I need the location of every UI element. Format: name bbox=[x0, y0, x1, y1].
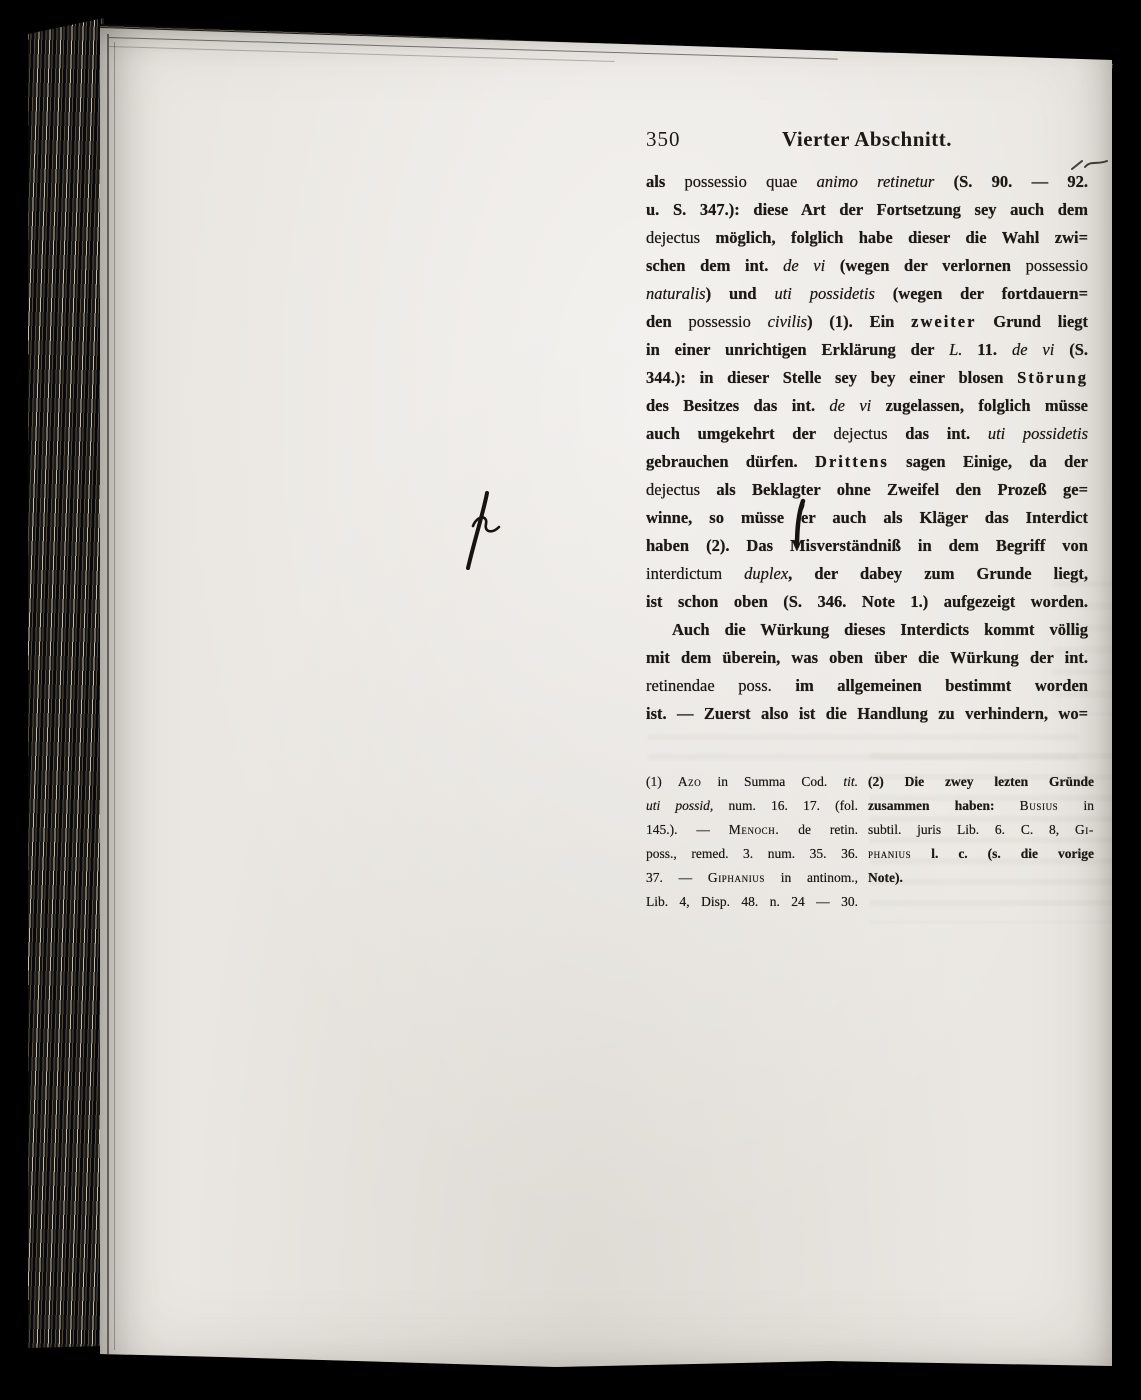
text-line: haben (2). Das Misverständniß in dem Beg… bbox=[646, 532, 1088, 560]
text-line: in einer unrichtigen Erklärung der L. 11… bbox=[646, 336, 1088, 364]
text-line: subtil. juris Lib. 6. C. 8, Gi- bbox=[868, 818, 1094, 842]
page-number: 350 bbox=[646, 124, 681, 154]
handwritten-margin-mark-icon bbox=[458, 490, 502, 574]
text-line: poss., remed. 3. num. 35. 36. bbox=[646, 842, 858, 866]
text-line: 344.): in dieser Stelle sey bey einer bl… bbox=[646, 364, 1088, 392]
text-line: ist. — Zuerst also ist die Handlung zu v… bbox=[646, 700, 1088, 728]
text-line: dejectus als Beklagter ohne Zweifel den … bbox=[646, 476, 1088, 504]
text-line: phanius l. c. (s. die vorige bbox=[868, 842, 1094, 866]
text-line: auch umgekehrt der dejectus das int. uti… bbox=[646, 420, 1088, 448]
text-line: mit dem überein, was oben über die Würku… bbox=[646, 644, 1088, 672]
text-line: den possessio civilis) (1). Ein zweiter … bbox=[646, 308, 1088, 336]
page-header-row: 350 Vierter Abschnitt. bbox=[646, 124, 1088, 154]
book-page: 350 Vierter Abschnitt. als possessio qua… bbox=[100, 20, 1112, 1370]
text-line: Lib. 4, Disp. 48. n. 24 — 30. bbox=[646, 890, 858, 914]
text-line: des Besitzes das int. de vi zugelassen, … bbox=[646, 392, 1088, 420]
footnote-column-left: (1) Azo in Summa Cod. tit.uti possid, nu… bbox=[646, 770, 858, 914]
text-line: 37. — Giphanius in antinom., bbox=[646, 866, 858, 890]
text-line: uti possid, num. 16. 17. (fol. bbox=[646, 794, 858, 818]
under-page-edge-line bbox=[109, 46, 615, 62]
running-header: Vierter Abschnitt. bbox=[646, 124, 1088, 154]
text-line: schen dem int. de vi (wegen der verlorne… bbox=[646, 252, 1088, 280]
text-line: ist schon oben (S. 346. Note 1.) aufgeze… bbox=[646, 588, 1088, 616]
book-fore-edge-pages bbox=[28, 18, 104, 1348]
scanned-book-photo: 350 Vierter Abschnitt. als possessio qua… bbox=[0, 0, 1141, 1400]
pen-tick-mark-icon bbox=[1070, 156, 1110, 174]
text-line: Note). bbox=[868, 866, 1094, 890]
text-line: interdictum duplex, der dabey zum Grunde… bbox=[646, 560, 1088, 588]
ink-stroke-over-word-icon bbox=[792, 498, 808, 550]
text-line: zusammen haben: Busius in bbox=[868, 794, 1094, 818]
under-page-edge-line bbox=[107, 34, 109, 1354]
text-line: als possessio quae animo retinetur (S. 9… bbox=[646, 168, 1088, 196]
text-line: (2) Die zwey lezten Gründe bbox=[868, 770, 1094, 794]
text-line: naturalis) und uti possidetis (wegen der… bbox=[646, 280, 1088, 308]
text-line: winne, so müsse er auch als Kläger das I… bbox=[646, 504, 1088, 532]
under-page-edge-line bbox=[114, 42, 115, 1350]
text-line: retinendae poss. im allgemeinen bestimmt… bbox=[646, 672, 1088, 700]
text-line: (1) Azo in Summa Cod. tit. bbox=[646, 770, 858, 794]
text-line: u. S. 347.): diese Art der Fortsetzung s… bbox=[646, 196, 1088, 224]
text-line: gebrauchen dürfen. Drittens sagen Einige… bbox=[646, 448, 1088, 476]
footnote-column-right: (2) Die zwey lezten Gründezusammen haben… bbox=[868, 770, 1094, 890]
text-line: 145.). — Menoch. de retin. bbox=[646, 818, 858, 842]
text-line: dejectus möglich, folglich habe dieser d… bbox=[646, 224, 1088, 252]
text-line: Auch die Würkung dieses Interdicts kommt… bbox=[646, 616, 1088, 644]
body-text: als possessio quae animo retinetur (S. 9… bbox=[646, 168, 1088, 728]
